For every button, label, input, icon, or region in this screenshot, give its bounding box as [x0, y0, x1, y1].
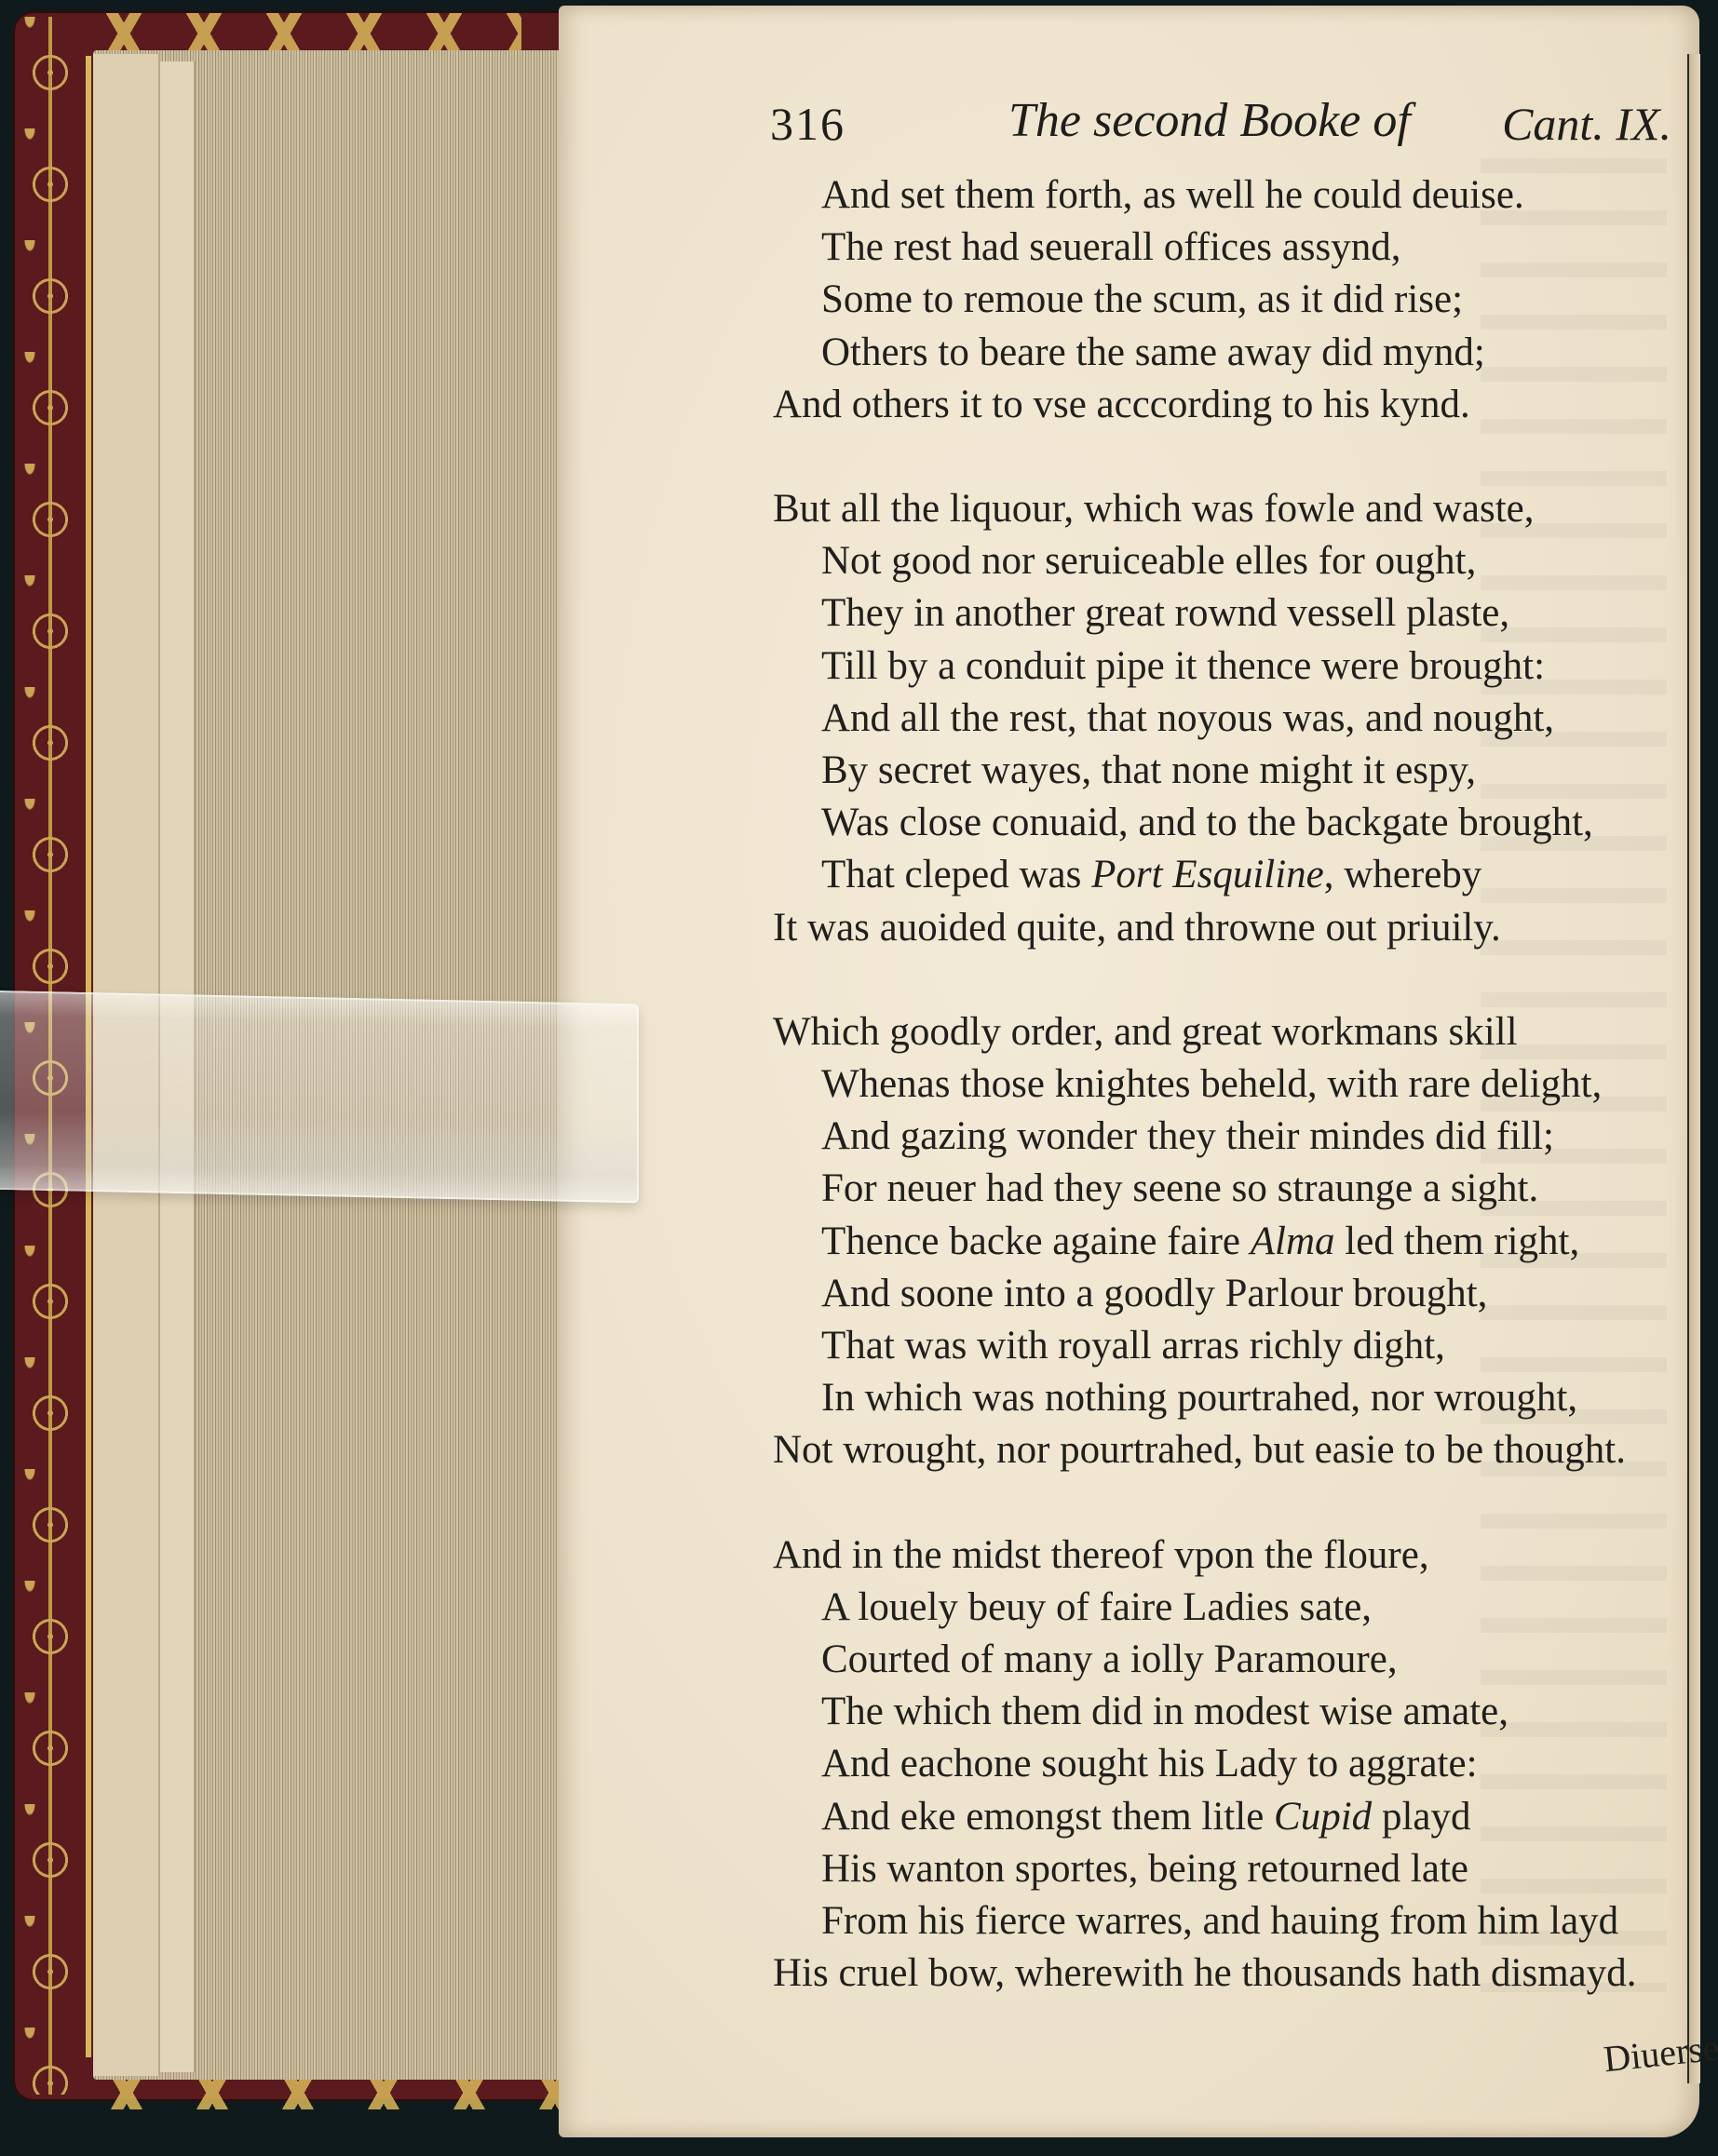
verse-line: They in another great rownd vessell plas… [773, 587, 1676, 640]
verse-line: The which them did in modest wise amate, [773, 1686, 1676, 1738]
verse-line: Which goodly order, and great workmans s… [773, 1006, 1676, 1058]
verse-line: His cruel bow, wherewith he thousands ha… [773, 1947, 1676, 2000]
verse-text: led them right, [1335, 1219, 1580, 1263]
stanza: And in the midst thereof vpon the floure… [773, 1529, 1676, 2001]
verse-line: And all the rest, that noyous was, and n… [773, 693, 1676, 745]
verse-line: And eke emongst them litle Cupid playd [773, 1791, 1676, 1843]
poem-text: And set them forth, as well he could deu… [773, 169, 1676, 2053]
acrylic-page-weight [0, 990, 639, 1203]
verse-line: Courted of many a iolly Paramoure, [773, 1634, 1676, 1686]
gilt-top-border [84, 13, 521, 54]
verse-line: For neuer had they seene so straunge a s… [773, 1163, 1676, 1215]
verse-line: Some to remoue the scum, as it did rise; [773, 274, 1676, 326]
verse-line: In which was nothing pourtrahed, nor wro… [773, 1372, 1676, 1424]
proper-name-italic: Cupid [1274, 1795, 1372, 1839]
verse-line: Not good nor seruiceable elles for ought… [773, 535, 1676, 587]
running-title: The second Booke of [1008, 93, 1411, 148]
verse-line: The rest had seuerall offices assynd, [773, 222, 1676, 274]
verse-line: But all the liquour, which was fowle and… [773, 483, 1676, 535]
verse-line: From his fierce warres, and hauing from … [773, 1895, 1676, 1947]
verse-text: And eke emongst them litle [821, 1795, 1274, 1839]
verse-line: That cleped was Port Esquiline, whereby [773, 849, 1676, 901]
verse-text: That cleped was [821, 853, 1091, 896]
verse-line: And others it to vse acccording to his k… [773, 379, 1676, 431]
verse-line: Was close conuaid, and to the backgate b… [773, 797, 1676, 849]
verse-line: Not wrought, nor pourtrahed, but easie t… [773, 1424, 1676, 1476]
running-head: 316 The second Booke of Cant. IX. [768, 93, 1671, 168]
stanza: But all the liquour, which was fowle and… [773, 483, 1676, 954]
verse-line: A louely beuy of faire Ladies sate, [773, 1582, 1676, 1634]
verse-text: Thence backe againe faire [821, 1219, 1251, 1263]
proper-name-italic: Port Esquiline [1091, 853, 1324, 896]
verse-line: Till by a conduit pipe it thence were br… [773, 640, 1676, 693]
verse-line: And in the midst thereof vpon the floure… [773, 1529, 1676, 1582]
verse-line: And set them forth, as well he could deu… [773, 169, 1676, 222]
verse-line: By secret wayes, that none might it espy… [773, 745, 1676, 797]
verse-text: playd [1372, 1795, 1470, 1839]
verse-line: Whenas those knightes beheld, with rare … [773, 1058, 1676, 1111]
verse-line: Others to beare the same away did mynd; [773, 327, 1676, 379]
stanza: Which goodly order, and great workmans s… [773, 1006, 1676, 1477]
stanza: And set them forth, as well he could deu… [773, 169, 1676, 431]
verse-line: And gazing wonder they their mindes did … [773, 1111, 1676, 1163]
verse-line: Thence backe againe faire Alma led them … [773, 1216, 1676, 1268]
verse-line: That was with royall arras richly dight, [773, 1320, 1676, 1372]
verse-line: And eachone sought his Lady to aggrate: [773, 1738, 1676, 1790]
verse-line: His wanton sportes, being retourned late [773, 1843, 1676, 1895]
verse-text: , whereby [1324, 853, 1482, 896]
page-number: 316 [770, 97, 845, 151]
canto-label: Cant. IX. [1502, 97, 1671, 151]
verse-line: It was auoided quite, and throwne out pr… [773, 902, 1676, 954]
proper-name-italic: Alma [1251, 1219, 1335, 1263]
page-right-edge [1687, 54, 1700, 2083]
verse-line: And soone into a goodly Parlour brought, [773, 1268, 1676, 1320]
